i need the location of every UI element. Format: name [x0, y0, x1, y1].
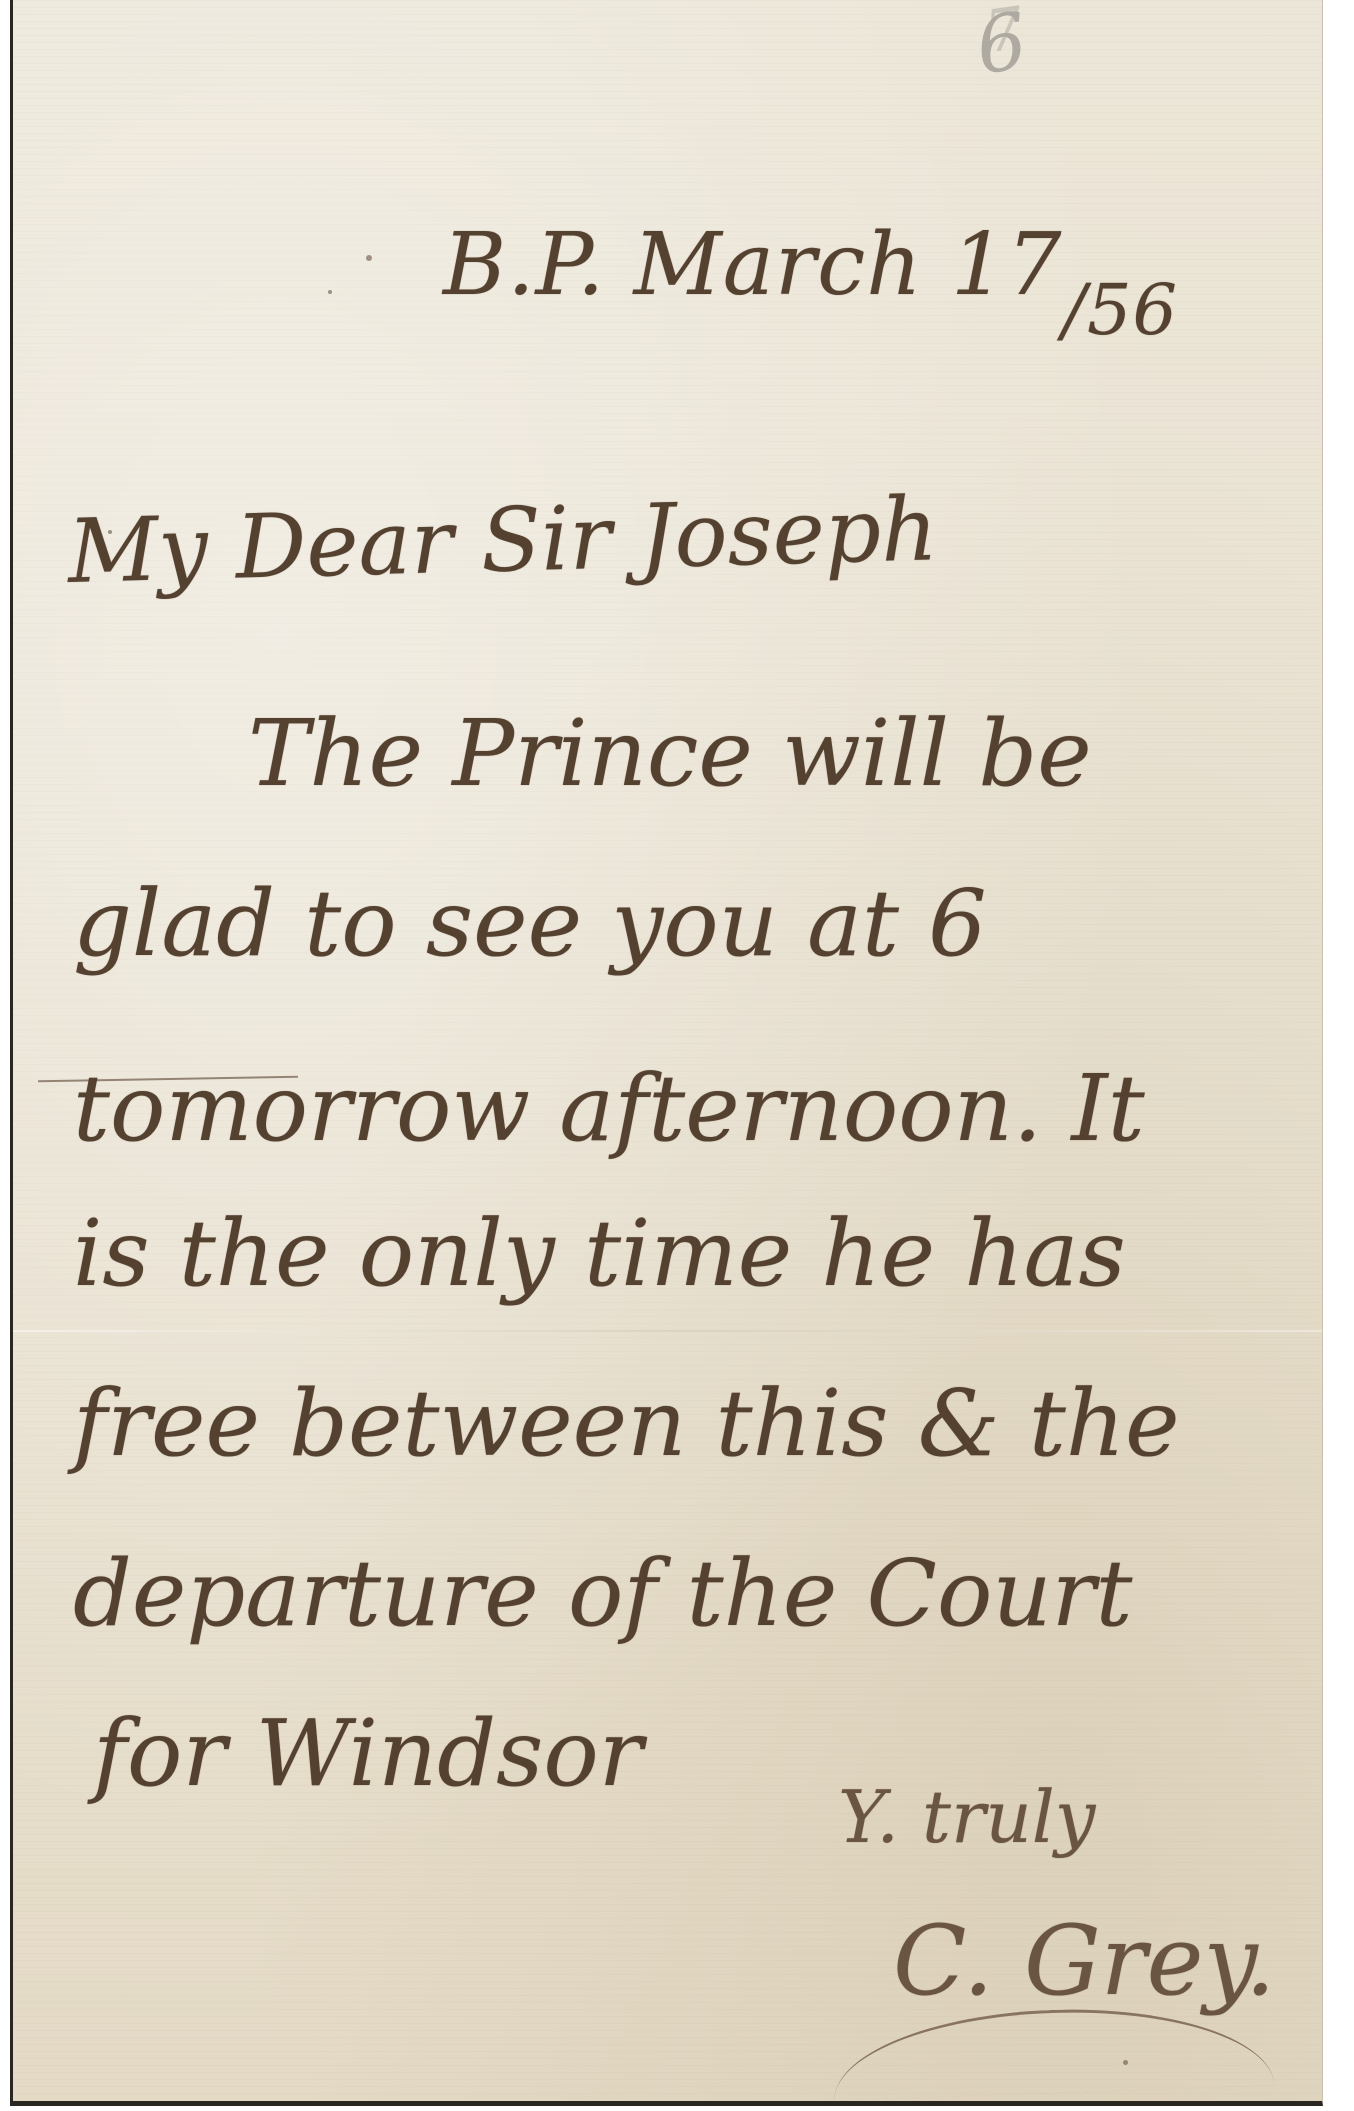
body-line: tomorrow afternoon. It — [73, 1055, 1145, 1162]
signature: C. Grey. — [893, 1905, 1275, 2017]
body-line: is the only time he has — [73, 1200, 1126, 1307]
body-line: The Prince will be — [248, 700, 1092, 807]
body-line: for Windsor — [93, 1700, 643, 1807]
body-line: glad to see you at 6 — [73, 870, 987, 977]
dateline-place: B.P. — [443, 215, 605, 315]
body-line: departure of the Court — [73, 1540, 1133, 1647]
ink-blot — [366, 255, 372, 261]
letter-sheet: 76 B.P. March 17/56 My Dear Sir Joseph T… — [10, 0, 1323, 2106]
body-line: free between this & the — [73, 1370, 1180, 1477]
dateline: B.P. March 17/56 — [443, 215, 1178, 315]
signature-flourish — [832, 2002, 1275, 2100]
dateline-date: March 17 — [634, 215, 1063, 315]
archive-pencil-mark: 76 — [952, 0, 1015, 95]
dateline-year: /56 — [1062, 269, 1178, 351]
ink-blot — [328, 290, 332, 294]
salutation: My Dear Sir Joseph — [67, 477, 939, 603]
paper-fold-line — [13, 1330, 1322, 1332]
closing: Y. truly — [838, 1775, 1095, 1859]
